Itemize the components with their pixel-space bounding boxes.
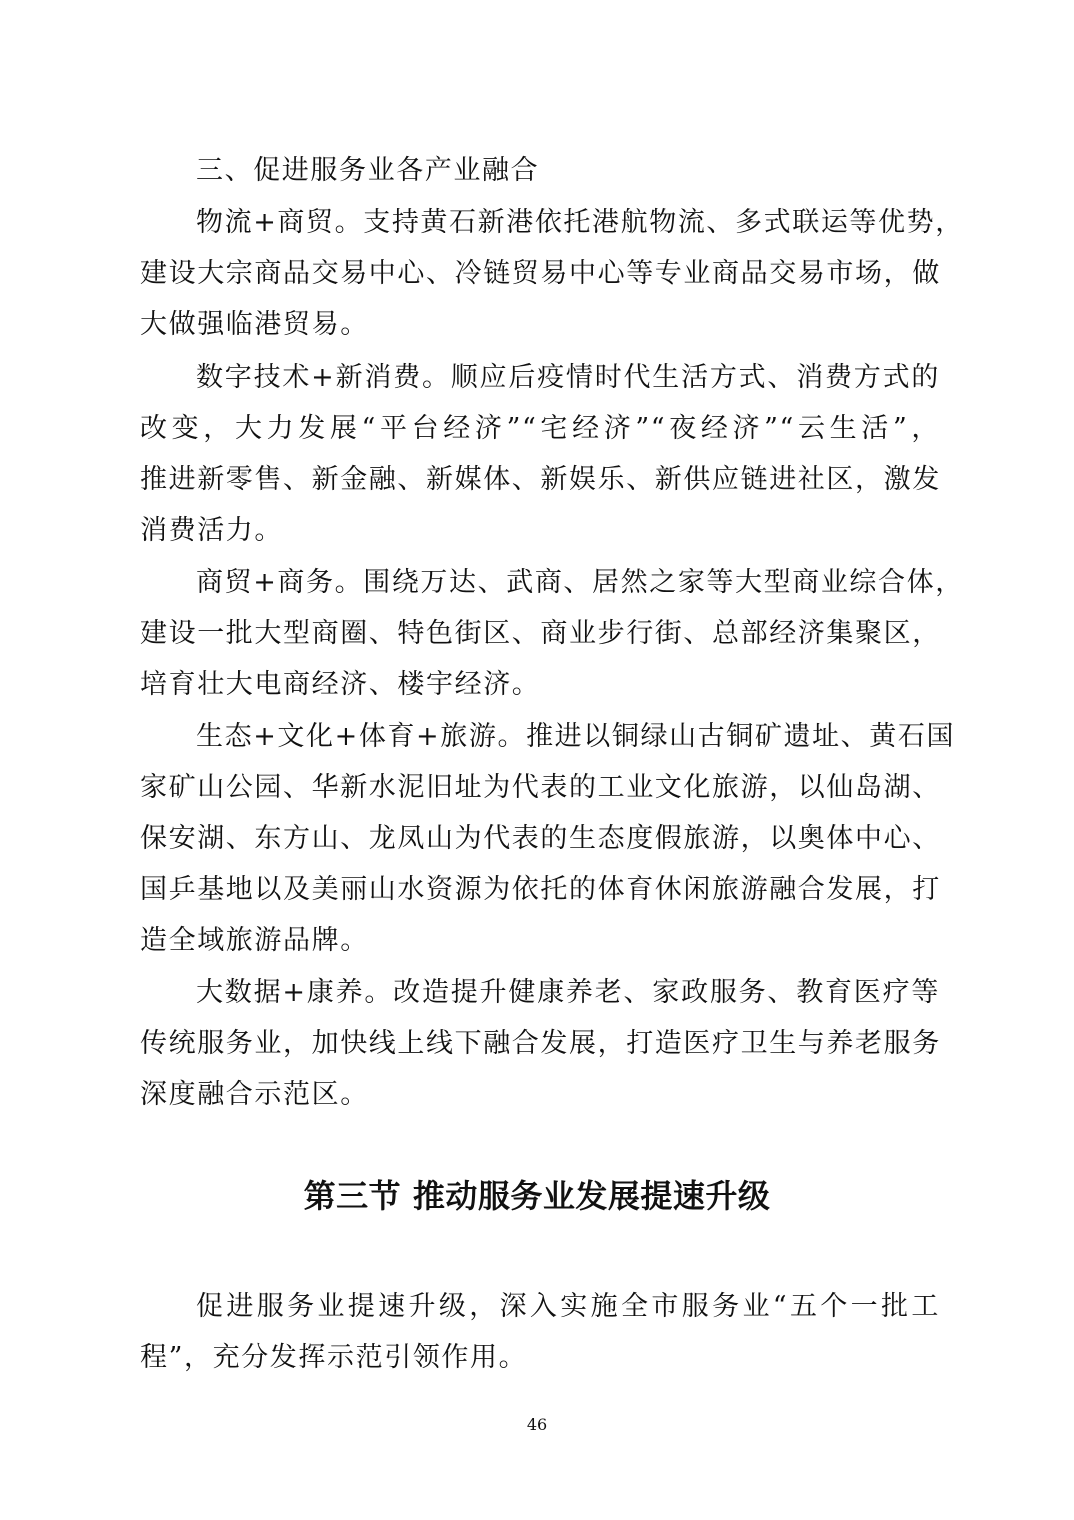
paragraph-line: 大数据+康养。改造提升健康养老、家政服务、教育医疗等 — [196, 976, 940, 1010]
section-title: 第三节 推动服务业发展提速升级 — [0, 1176, 1074, 1216]
paragraph-line: 大做强临港贸易。 — [140, 308, 940, 342]
paragraph-line: 传统服务业，加快线上线下融合发展，打造医疗卫生与养老服务 — [140, 1027, 940, 1061]
paragraph-line: 国乒基地以及美丽山水资源为依托的体育休闲旅游融合发展，打 — [140, 873, 940, 907]
paragraph-line: 促进服务业提速升级，深入实施全市服务业“五个一批工 — [196, 1290, 940, 1324]
paragraph-line: 物流+商贸。支持黄石新港依托港航物流、多式联运等优势， — [196, 206, 940, 240]
paragraph-line: 家矿山公园、华新水泥旧址为代表的工业文化旅游，以仙岛湖、 — [140, 771, 940, 805]
paragraph-line: 消费活力。 — [140, 514, 940, 548]
subsection-title: 三、促进服务业各产业融合 — [196, 154, 940, 188]
document-page: 三、促进服务业各产业融合 物流+商贸。支持黄石新港依托港航物流、多式联运等优势，… — [0, 0, 1074, 1520]
paragraph-line: 培育壮大电商经济、楼宇经济。 — [140, 668, 940, 702]
paragraph-line: 建设大宗商品交易中心、冷链贸易中心等专业商品交易市场，做 — [140, 257, 940, 291]
paragraph-line: 程”，充分发挥示范引领作用。 — [140, 1341, 940, 1375]
paragraph-line: 保安湖、东方山、龙凤山为代表的生态度假旅游，以奥体中心、 — [140, 822, 940, 856]
paragraph-line: 深度融合示范区。 — [140, 1078, 940, 1112]
page-number: 46 — [0, 1415, 1074, 1434]
paragraph-line: 建设一批大型商圈、特色街区、商业步行街、总部经济集聚区， — [140, 617, 940, 651]
paragraph-line: 造全域旅游品牌。 — [140, 924, 940, 958]
paragraph-line: 改变，大力发展“平台经济”“宅经济”“夜经济”“云生活”， — [140, 412, 940, 446]
paragraph-line: 商贸+商务。围绕万达、武商、居然之家等大型商业综合体， — [196, 566, 940, 600]
paragraph-line: 推进新零售、新金融、新媒体、新娱乐、新供应链进社区，激发 — [140, 463, 940, 497]
paragraph-line: 生态+文化+体育+旅游。推进以铜绿山古铜矿遗址、黄石国 — [196, 720, 940, 754]
paragraph-line: 数字技术+新消费。顺应后疫情时代生活方式、消费方式的 — [196, 361, 940, 395]
